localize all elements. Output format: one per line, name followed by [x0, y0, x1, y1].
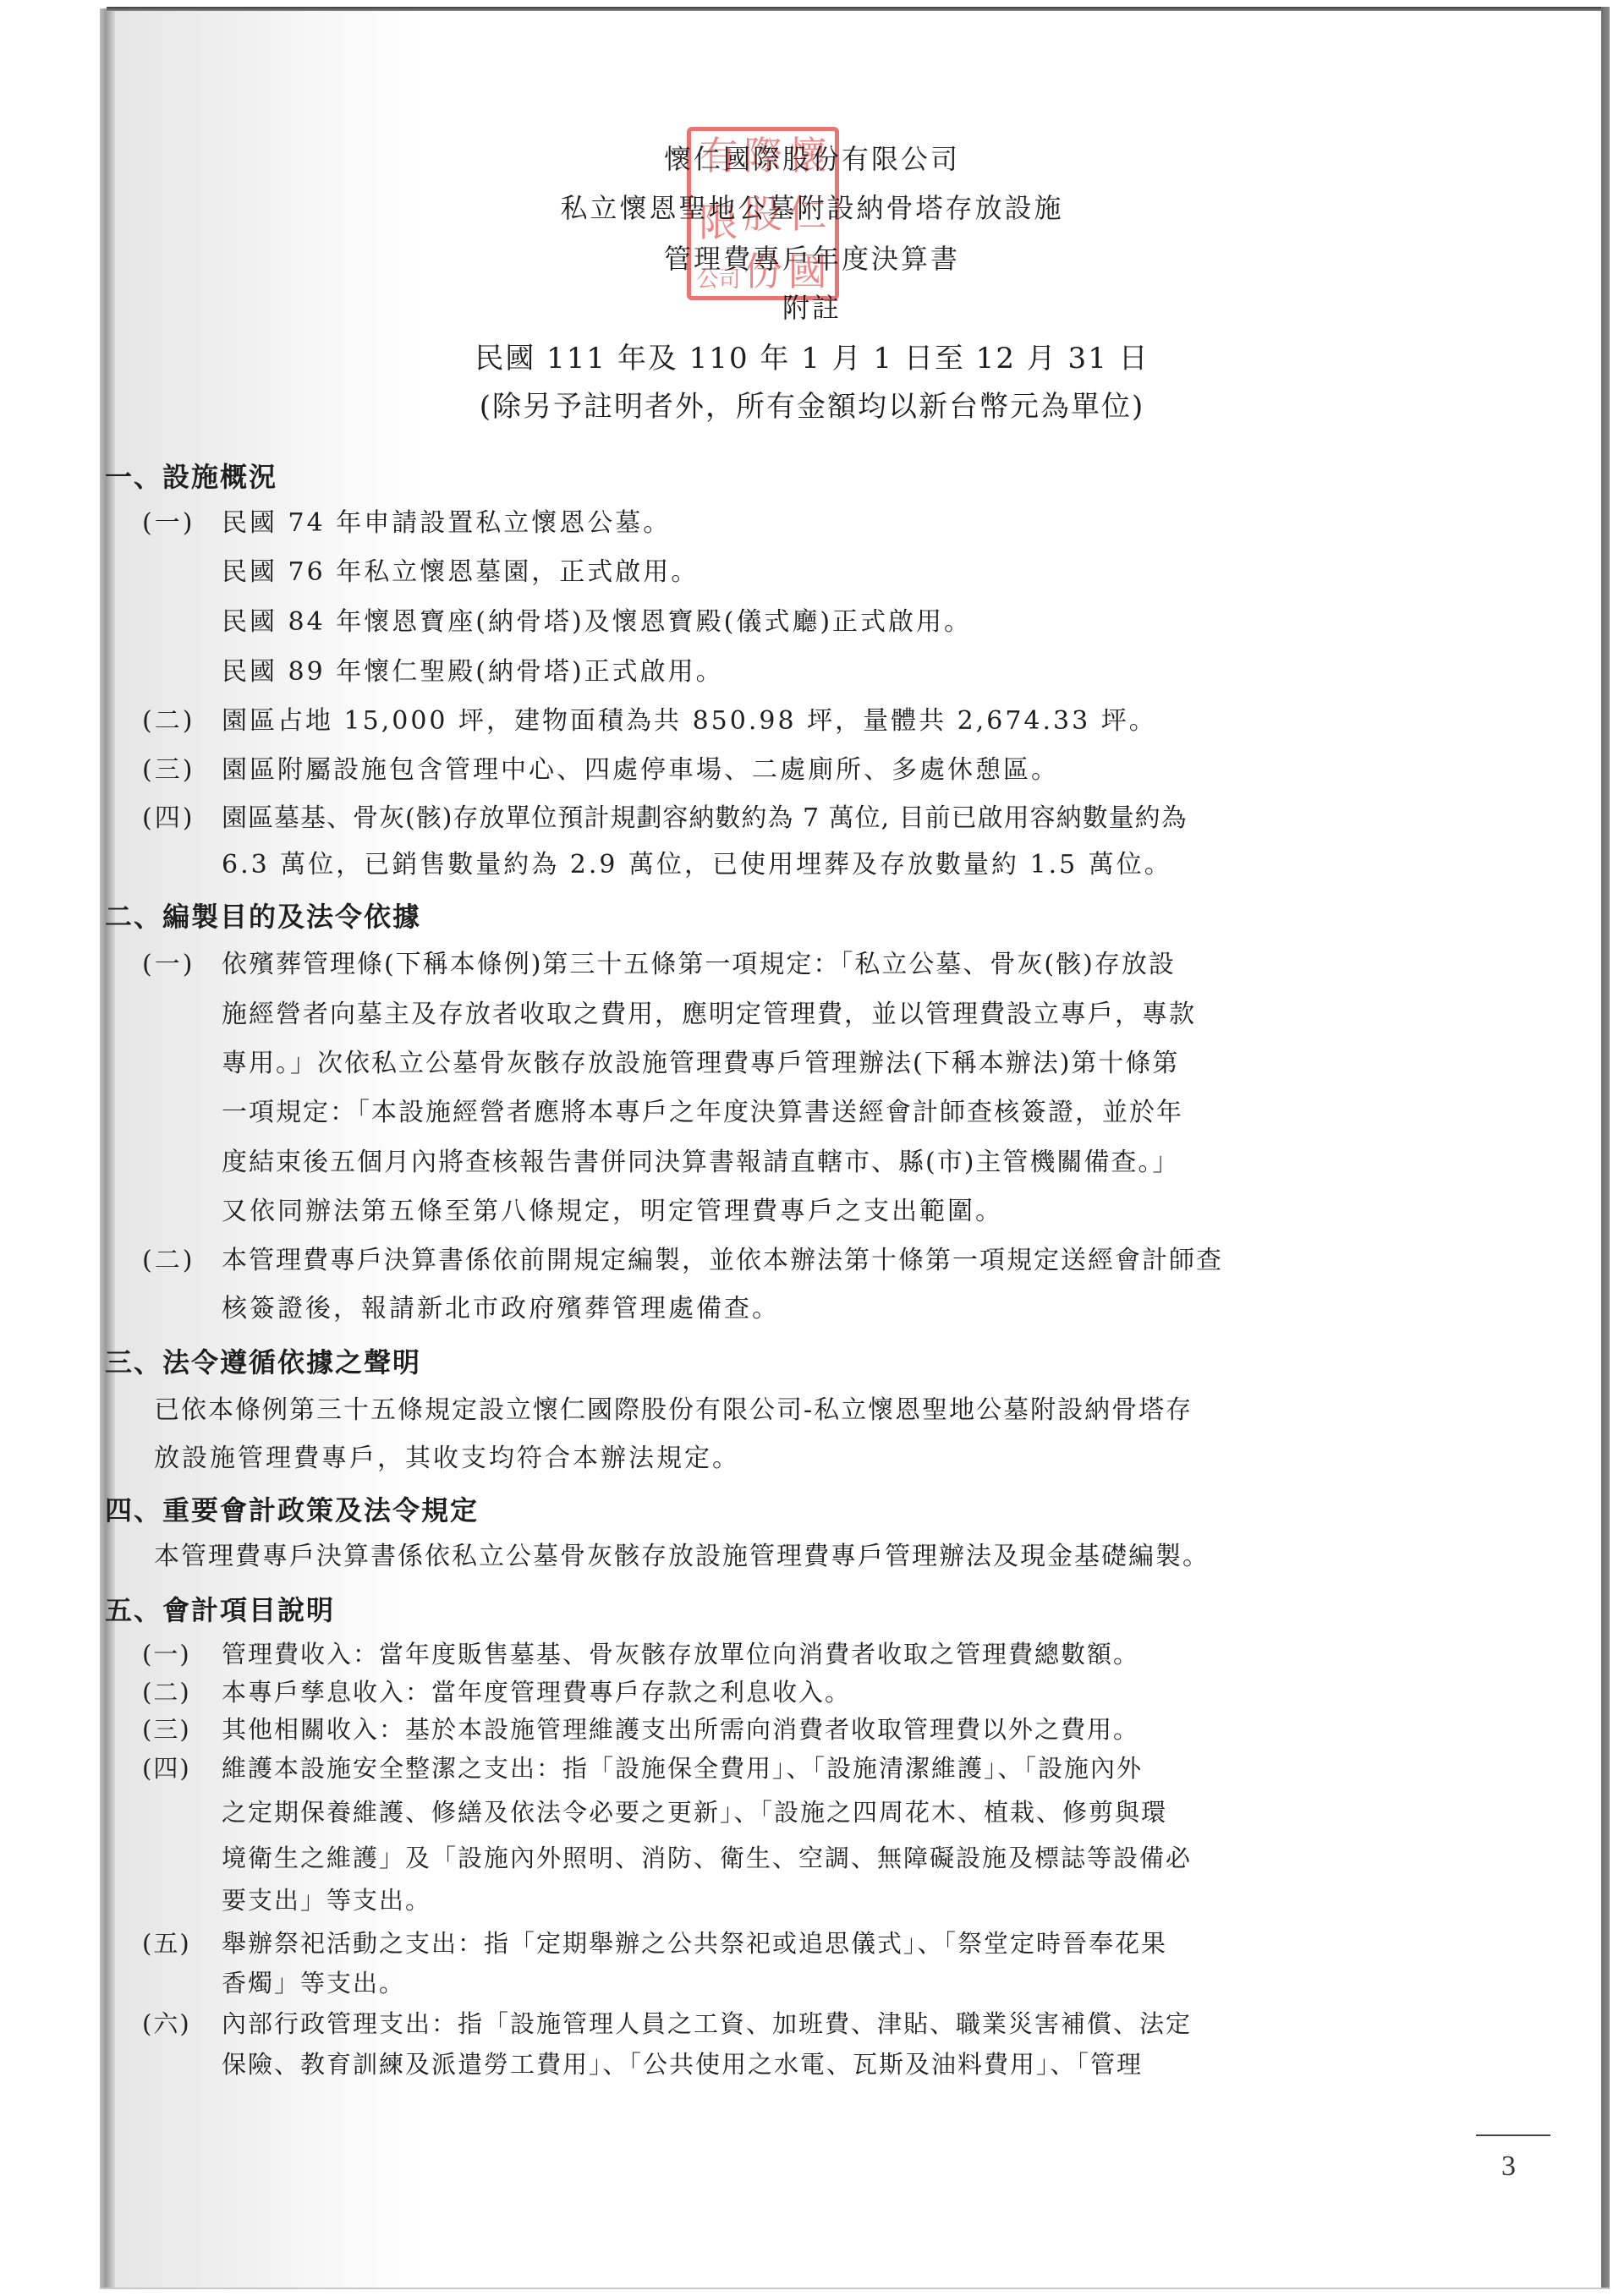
item-text: 專用。」次依私立公墓骨灰骸存放設施管理費專戶管理辦法(下稱本辦法)第十條第: [222, 1051, 1179, 1077]
page-number-rule: [1476, 2134, 1550, 2136]
item-text: 民國 76 年私立懷恩墓園，正式啟用。: [222, 560, 699, 585]
item-label: (四): [142, 806, 195, 831]
item-text: 要支出」等支出。: [222, 1888, 431, 1913]
scan-shadow-left: [100, 8, 115, 2288]
item-text: 一項規定：「本設施經營者應將本專戶之年度決算書送經會計師查核簽證，並於年: [222, 1100, 1183, 1126]
item-label: (一): [142, 952, 195, 978]
company-name: 懷仁國際股份有限公司: [664, 145, 960, 173]
item-label: (一): [142, 1642, 191, 1667]
report-subtitle: 附註: [782, 294, 842, 321]
item-text: 依殯葬管理條(下稱本條例)第三十五條第一項規定：「私立公墓、骨灰(骸)存放設: [222, 952, 1176, 978]
section-heading: 二、編製目的及法令依據: [105, 903, 421, 930]
item-text: 舉辦祭祀活動之支出：指「定期舉辦之公共祭祀或追思儀式」、「祭堂定時晉奉花果: [222, 1932, 1167, 1956]
item-text: 境衛生之維護」及「設施內外照明、消防、衛生、空調、無障礙設施及標誌等設備必: [222, 1846, 1192, 1871]
item-text: 民國 84 年懷恩寶座(納骨塔)及懷恩寶殿(儀式廳)正式啟用。: [222, 610, 972, 635]
item-text: 本專戶孳息收入：當年度管理費專戶存款之利息收入。: [222, 1680, 851, 1705]
item-label: (二): [142, 1248, 195, 1274]
item-text: 保險、教育訓練及派遣勞工費用」、「公共使用之水電、瓦斯及油料費用」、「管理: [222, 2052, 1143, 2077]
scan-top-edge: [107, 7, 1608, 11]
item-text: 民國 89 年懷仁聖殿(納骨塔)正式啟用。: [222, 660, 724, 685]
item-text: 核簽證後，報請新北市政府殯葬管理處備查。: [222, 1296, 780, 1322]
item-text: 內部行政管理支出：指「設施管理人員之工資、加班費、津貼、職業災害補償、法定: [222, 2012, 1192, 2036]
report-title: 管理費專戶年度決算書: [664, 245, 960, 272]
item-text: 維護本設施安全整潔之支出：指「設施保全費用」、「設施清潔維護」、「設施內外: [222, 1756, 1143, 1781]
paragraph-text: 已依本條例第三十五條規定設立懷仁國際股份有限公司-私立懷恩聖地公墓附設納骨塔存: [154, 1398, 1193, 1423]
section-heading: 四、重要會計政策及法令規定: [105, 1497, 479, 1524]
currency-note: (除另予註明者外，所有金額均以新台幣元為單位): [480, 392, 1145, 421]
scan-bottom-edge: [100, 2288, 1610, 2289]
item-text: 管理費收入：當年度販售墓基、骨灰骸存放單位向消費者收取之管理費總數額。: [222, 1642, 1139, 1667]
item-text: 之定期保養維護、修繕及依法令必要之更新」、「設施之四周花木、植栽、修剪與環: [222, 1800, 1167, 1825]
item-text: 香燭」等支出。: [222, 1971, 405, 1996]
item-label: (一): [142, 511, 195, 536]
item-text: 園區附屬設施包含管理中心、四處停車場、二處廁所、多處休憩區。: [222, 758, 1059, 783]
section-heading: 三、法令遵循依據之聲明: [105, 1349, 421, 1376]
item-label: (四): [142, 1756, 191, 1781]
item-text: 又依同辦法第五條至第八條規定，明定管理費專戶之支出範圍。: [222, 1199, 1003, 1225]
facility-name: 私立懷恩聖地公墓附設納骨塔存放設施: [560, 195, 1063, 222]
reporting-period: 民國 111 年及 110 年 1 月 1 日至 12 月 31 日: [475, 344, 1149, 373]
item-text: 度結束後五個月內將查核報告書併同決算書報請直轄市、縣(市)主管機關備查。」: [222, 1150, 1179, 1175]
section-heading: 五、會計項目說明: [105, 1597, 335, 1624]
item-text: 本管理費專戶決算書係依前開規定編製，並依本辦法第十條第一項規定送經會計師查: [222, 1248, 1223, 1274]
paragraph-text: 本管理費專戶決算書係依私立公墓骨灰骸存放設施管理費專戶管理辦法及現金基礎編製。: [154, 1544, 1210, 1570]
item-label: (六): [142, 2012, 191, 2036]
item-text: 6.3 萬位，已銷售數量約為 2.9 萬位，已使用埋葬及存放數量約 1.5 萬位…: [222, 852, 1172, 878]
item-label: (二): [142, 709, 195, 734]
item-text: 其他相關收入：基於本設施管理維護支出所需向消費者收取管理費以外之費用。: [222, 1718, 1139, 1742]
item-label: (二): [142, 1680, 191, 1705]
scan-right-edge: [1601, 7, 1610, 2288]
item-text: 民國 74 年申請設置私立懷恩公墓。: [222, 511, 671, 536]
item-text: 園區墓基、骨灰(骸)存放單位預計規劃容納數約為 7 萬位, 目前已啟用容納數量約…: [222, 806, 1188, 831]
item-label: (三): [142, 1718, 191, 1742]
item-text: 施經營者向墓主及存放者收取之費用，應明定管理費，並以管理費設立專戶，專款: [222, 1002, 1196, 1027]
section-heading: 一、設施概況: [105, 463, 277, 490]
item-label: (五): [142, 1932, 191, 1956]
item-text: 園區占地 15,000 坪，建物面積為共 850.98 坪，量體共 2,674.…: [222, 709, 1157, 734]
page-number: 3: [1501, 2151, 1516, 2183]
item-label: (三): [142, 758, 195, 783]
paragraph-text: 放設施管理費專戶，其收支均符合本辦法規定。: [154, 1446, 740, 1471]
